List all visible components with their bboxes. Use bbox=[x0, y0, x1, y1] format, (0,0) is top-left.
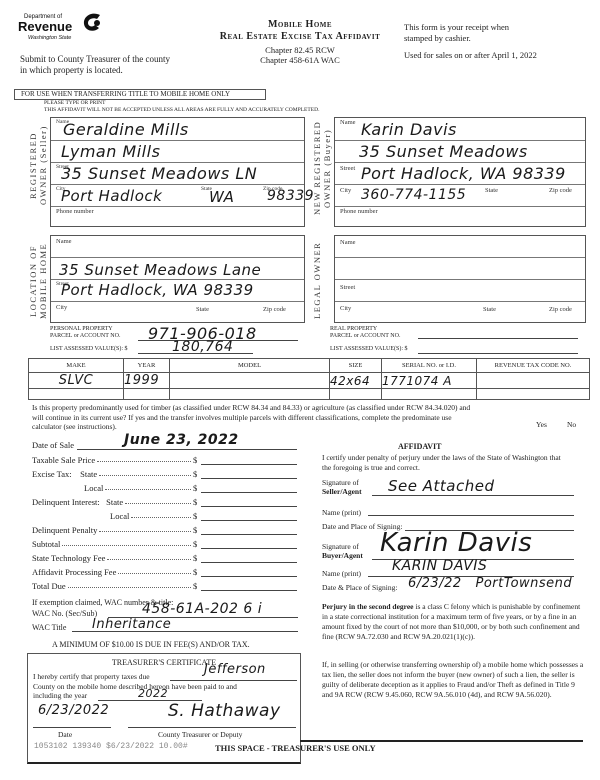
minimum-due-note: A MINIMUM OF $10.00 IS DUE IN FEE(S) AND… bbox=[52, 640, 250, 649]
wac-no-value[interactable]: 458-61A-202 6 i bbox=[142, 601, 262, 617]
revenue-code-value-2[interactable] bbox=[477, 389, 590, 400]
buyer-box: Name Karin Davis 35 Sunset Meadows Stree… bbox=[334, 117, 586, 227]
used-for-note: Used for sales on or after April 1, 2022 bbox=[404, 50, 594, 60]
treasurer-text-1: I hereby certify that property taxes due bbox=[33, 672, 150, 681]
buyer-name-label: Name bbox=[340, 119, 356, 126]
treasurer-date[interactable]: 6/23/2022 bbox=[38, 703, 109, 718]
fee-row-taxable-sale-price: Taxable Sale Price$ bbox=[32, 453, 297, 465]
dor-swirl-icon bbox=[80, 12, 104, 34]
warning-text: THIS AFFIDAVIT WILL NOT BE ACCEPTED UNLE… bbox=[44, 107, 319, 113]
buyer-street-label: Street bbox=[340, 165, 355, 172]
seller-sig-label-2: Seller/Agent bbox=[322, 487, 362, 496]
seller-street[interactable]: 35 Sunset Meadows LN bbox=[61, 164, 257, 183]
dor-logo-text-3: Washington State bbox=[28, 35, 71, 41]
excise-state-input[interactable] bbox=[201, 469, 297, 479]
seller-signature[interactable]: See Attached bbox=[388, 477, 494, 495]
fee-row-delinquent-penalty: Delinquent Penalty$ bbox=[32, 523, 297, 535]
wac-no-label: WAC No. (Sec/Sub) bbox=[32, 609, 97, 618]
timber-question: Is this property predominantly used for … bbox=[32, 403, 482, 432]
treasurer-sig-label: County Treasurer or Deputy bbox=[158, 730, 242, 739]
rp-assessed-label: LIST ASSESSED VALUE(S): $ bbox=[330, 346, 408, 352]
col-model: MODEL bbox=[170, 359, 330, 373]
perjury-notice: Perjury in the second degree is a class … bbox=[322, 602, 584, 642]
assessed-label: LIST ASSESSED VALUE(S): $ bbox=[50, 346, 128, 352]
state-technology-fee-input[interactable] bbox=[201, 553, 297, 563]
fee-row-total-due: Total Due$ bbox=[32, 579, 297, 591]
fee-row-state-technology-fee: State Technology Fee$ bbox=[32, 551, 297, 563]
rp-label-2: PARCEL or ACCOUNT NO. bbox=[330, 333, 400, 339]
seller-box: Name Geraldine Mills Lyman Mills Street … bbox=[50, 117, 305, 227]
model-value-2[interactable] bbox=[170, 389, 330, 400]
fee-row-excise-local: Local$ bbox=[32, 481, 297, 493]
col-year: YEAR bbox=[124, 359, 170, 373]
legal-city-label: City bbox=[340, 305, 351, 312]
legal-state-label: State bbox=[483, 306, 496, 313]
seller-phone-label: Phone number bbox=[56, 208, 94, 215]
perjury-bold: Perjury in the second degree bbox=[322, 602, 414, 611]
buyer-city[interactable]: 360-774-1155 bbox=[361, 187, 466, 203]
assessed-value[interactable]: 180,764 bbox=[172, 339, 233, 355]
buyer-address-line2[interactable]: 35 Sunset Meadows bbox=[359, 142, 528, 161]
pp-label-2: PARCEL or ACCOUNT NO. bbox=[50, 333, 120, 339]
seller-name-print-label: Name (print) bbox=[322, 508, 361, 517]
excise-local-input[interactable] bbox=[201, 483, 297, 493]
receipt-note: This form is your receipt when stamped b… bbox=[404, 22, 534, 44]
fee-row-affidavit-processing-fee: Affidavit Processing Fee$ bbox=[32, 565, 297, 577]
delinquent-state-input[interactable] bbox=[201, 497, 297, 507]
submit-note: Submit to County Treasurer of the county… bbox=[20, 54, 170, 76]
fee-row-delinquent-local: Local$ bbox=[32, 509, 297, 521]
timber-no-option[interactable]: No bbox=[567, 420, 576, 429]
treasurer-county[interactable]: Jefferson bbox=[204, 662, 266, 677]
make-value[interactable]: SLVC bbox=[29, 373, 124, 389]
treasurer-date-label: Date bbox=[58, 730, 72, 739]
buyer-state-label: State bbox=[485, 187, 498, 194]
date-of-sale-value[interactable]: June 23, 2022 bbox=[124, 432, 239, 448]
total-due-input[interactable] bbox=[201, 581, 297, 591]
location-city-label: City bbox=[56, 304, 67, 311]
table-row bbox=[29, 389, 590, 400]
dor-logo: Department of Revenue Washington State bbox=[18, 12, 98, 46]
fee-row-excise-state: Excise Tax: State$ bbox=[32, 467, 297, 479]
col-revenue-code: REVENUE TAX CODE NO. bbox=[477, 359, 590, 373]
size-value-2[interactable] bbox=[330, 389, 382, 400]
location-state-label: State bbox=[196, 306, 209, 313]
form-title-1: Mobile Home bbox=[200, 19, 400, 30]
model-value[interactable] bbox=[170, 373, 330, 389]
col-size: SIZE bbox=[330, 359, 382, 373]
cashier-stamp: 1053102 139340 $6/23/2022 10.00# bbox=[34, 742, 188, 751]
chapter-wac: Chapter 458-61A WAC bbox=[200, 55, 400, 65]
table-row: SLVC 1999 42x64 1771074 A bbox=[29, 373, 590, 389]
buyer-sig-label-2: Buyer/Agent bbox=[322, 551, 363, 560]
affidavit-certify: I certify under penalty of perjury under… bbox=[322, 453, 562, 473]
seller-sig-label-1: Signature of bbox=[322, 478, 359, 487]
location-name-label: Name bbox=[56, 238, 72, 245]
buyer-phone-label: Phone number bbox=[340, 208, 378, 215]
seller-city[interactable]: Port Hadlock bbox=[61, 187, 162, 205]
subtotal-input[interactable] bbox=[201, 539, 297, 549]
buyer-date-place[interactable]: 6/23/22 PortTownsend bbox=[408, 576, 572, 591]
fee-row-delinquent-state: Delinquent Interest: State$ bbox=[32, 495, 297, 507]
buyer-name[interactable]: Karin Davis bbox=[361, 120, 457, 139]
location-street[interactable]: Port Hadlock, WA 98339 bbox=[61, 281, 254, 299]
serial-value[interactable]: 1771074 A bbox=[382, 373, 477, 389]
seller-name-1[interactable]: Geraldine Mills bbox=[63, 120, 189, 139]
year-value[interactable]: 1999 bbox=[124, 373, 170, 389]
location-box: Name 35 Sunset Meadows Lane Street Port … bbox=[50, 235, 305, 323]
buyer-street[interactable]: Port Hadlock, WA 98339 bbox=[361, 164, 566, 183]
taxable-sale-price-input[interactable] bbox=[201, 455, 297, 465]
rp-label-1: REAL PROPERTY bbox=[330, 326, 377, 332]
make-value-2[interactable] bbox=[29, 389, 124, 400]
form-title-2: Real Estate Excise Tax Affidavit bbox=[180, 31, 420, 42]
buyer-city-label: City bbox=[340, 187, 351, 194]
seller-zip[interactable]: 98339 bbox=[267, 188, 314, 204]
buyer-date-place-label: Date & Place of Signing: bbox=[322, 583, 397, 592]
buyer-name-print[interactable]: KARIN DAVIS bbox=[392, 558, 487, 574]
size-value[interactable]: 42x64 bbox=[330, 373, 382, 389]
affidavit-title: AFFIDAVIT bbox=[398, 442, 441, 451]
fee-row-subtotal: Subtotal$ bbox=[32, 537, 297, 549]
col-serial: SERIAL NO. or I.D. bbox=[382, 359, 477, 373]
legal-owner-box: Name Street City State Zip code bbox=[334, 235, 586, 323]
seller-name-print-line bbox=[368, 506, 574, 516]
wac-title-value[interactable]: Inheritance bbox=[92, 617, 171, 632]
use-when-banner: FOR USE WHEN TRANSFERRING TITLE TO MOBIL… bbox=[14, 89, 266, 100]
rp-assessed-line bbox=[418, 346, 578, 354]
delinquent-local-input[interactable] bbox=[201, 511, 297, 521]
affidavit-processing-fee-input[interactable] bbox=[201, 567, 297, 577]
location-address-line2[interactable]: 35 Sunset Meadows Lane bbox=[59, 261, 261, 279]
buyer-zip-label: Zip code bbox=[549, 187, 572, 194]
buyer-sig-label-1: Signature of bbox=[322, 542, 359, 551]
lien-notice: If, in selling (or otherwise transferrin… bbox=[322, 660, 584, 700]
dor-logo-text-2: Revenue bbox=[18, 19, 72, 34]
serial-value-2[interactable] bbox=[382, 389, 477, 400]
buyer-name-print-label: Name (print) bbox=[322, 569, 361, 578]
timber-yes-option[interactable]: Yes bbox=[536, 420, 547, 429]
treasurer-use-divider bbox=[300, 740, 583, 742]
pp-label-1: PERSONAL PROPERTY bbox=[50, 326, 113, 332]
legal-name-label: Name bbox=[340, 239, 356, 246]
legal-zip-label: Zip code bbox=[549, 306, 572, 313]
treasurer-year[interactable]: 2022 bbox=[138, 687, 168, 700]
mobile-home-table: MAKE YEAR MODEL SIZE SERIAL NO. or I.D. … bbox=[28, 358, 590, 400]
treasurer-signature[interactable]: S. Hathaway bbox=[168, 701, 281, 721]
date-of-sale-label: Date of Sale bbox=[32, 440, 74, 450]
year-value-2[interactable] bbox=[124, 389, 170, 400]
wac-title-label: WAC Title bbox=[32, 623, 66, 632]
rp-value-line bbox=[418, 331, 578, 339]
seller-state[interactable]: WA bbox=[209, 188, 234, 206]
seller-name-2[interactable]: Lyman Mills bbox=[61, 142, 160, 161]
chapter-rcw: Chapter 82.45 RCW bbox=[200, 45, 400, 55]
type-or-print: PLEASE TYPE OR PRINT bbox=[44, 100, 105, 106]
revenue-code-value[interactable] bbox=[477, 373, 590, 389]
treasurer-use-only-label: THIS SPACE - TREASURER'S USE ONLY bbox=[215, 743, 376, 753]
location-zip-label: Zip code bbox=[263, 306, 286, 313]
buyer-signature[interactable]: Karin Davis bbox=[380, 528, 532, 558]
legal-street-label: Street bbox=[340, 284, 355, 291]
delinquent-penalty-input[interactable] bbox=[201, 525, 297, 535]
col-make: MAKE bbox=[29, 359, 124, 373]
